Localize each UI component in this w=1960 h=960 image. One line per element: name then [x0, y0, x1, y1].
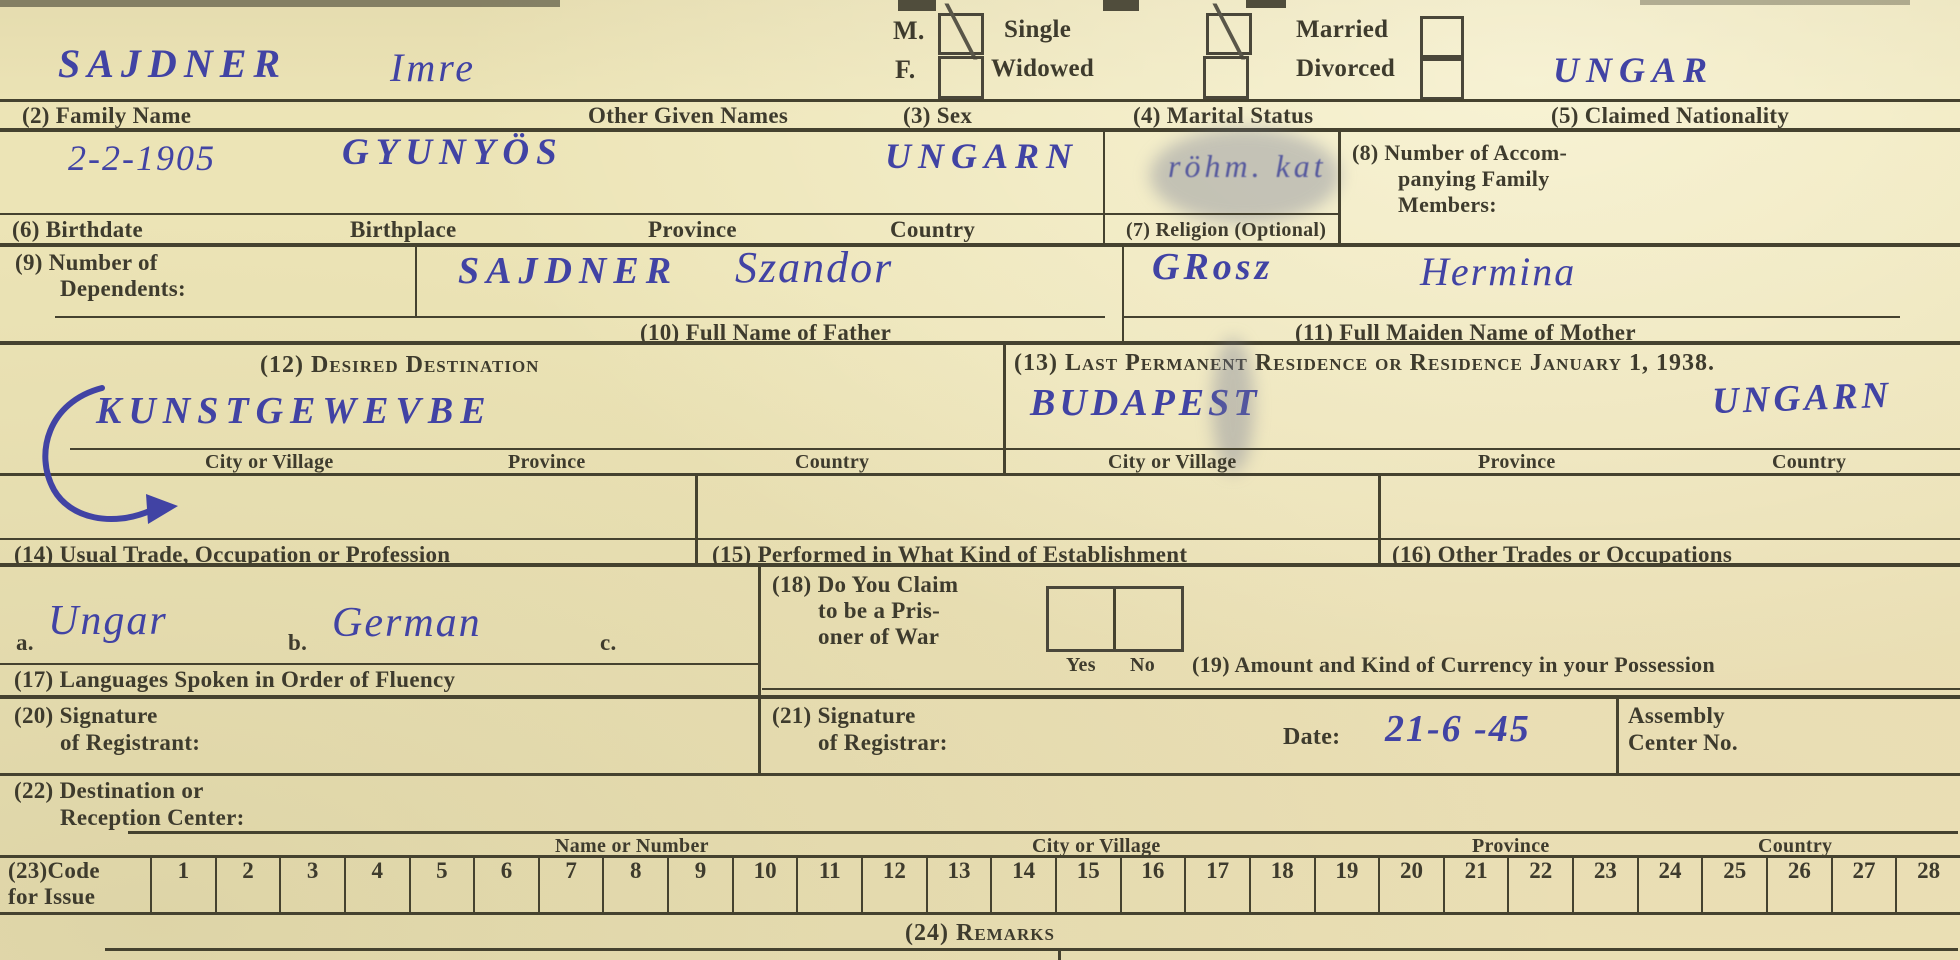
code-cell-number: 26: [1788, 858, 1811, 883]
birthplace-label: Birthplace: [350, 217, 457, 243]
marital-single-label: Single: [1004, 16, 1071, 44]
birth-country-entry: UNGARN: [885, 138, 1079, 174]
code-cell-number: 3: [307, 858, 319, 883]
birthplace-entry: GYUNYÖS: [342, 134, 564, 171]
rule-line: [0, 773, 1960, 776]
code-cell-number: 16: [1141, 858, 1164, 883]
check-mark-icon: ╲: [941, 16, 981, 49]
marital-divorced-checkbox: [1420, 58, 1464, 100]
province-label: Province: [1478, 451, 1556, 474]
code-cell: 25: [1701, 857, 1766, 912]
code-cell-number: 21: [1465, 858, 1488, 883]
code-cell: 18: [1249, 857, 1314, 912]
father-name-entry: SAJDNER: [458, 252, 678, 290]
cell-divider: [1113, 589, 1116, 649]
code-cell-number: 9: [695, 858, 707, 883]
nationality-entry: UNGAR: [1553, 52, 1714, 88]
code-cell: 9: [667, 857, 732, 912]
code-cell: 3: [279, 857, 344, 912]
code-cell: 17: [1184, 857, 1249, 912]
ink-arrow-annotation: [30, 378, 220, 543]
code-cell-number: 28: [1917, 858, 1940, 883]
code-cell-number: 1: [178, 858, 190, 883]
cell-divider: [1003, 345, 1006, 473]
language-a-entry: Ungar: [48, 600, 168, 642]
code-cell: 10: [732, 857, 797, 912]
registrant-signature-label: of Registrant:: [60, 730, 200, 756]
country-label: Country: [1772, 451, 1846, 474]
dependents-label: Dependents:: [60, 276, 186, 302]
marital-widowed-checkbox: [1203, 56, 1249, 99]
claimed-nationality-label: (5) Claimed Nationality: [1551, 103, 1789, 129]
city-or-village-label: City or Village: [1108, 451, 1237, 474]
marital-widowed-label: Widowed: [991, 55, 1094, 83]
rule-line: [0, 99, 1960, 102]
family-name-label: (2) Family Name: [22, 103, 191, 129]
code-cell: 26: [1766, 857, 1831, 912]
family-name-entry: SAJDNER: [58, 44, 287, 84]
code-cell: 8: [602, 857, 667, 912]
code-for-issue-label: (23)Code: [8, 858, 100, 884]
rule-line: [128, 831, 1958, 834]
province-label: Province: [648, 217, 737, 243]
code-cell: 28: [1895, 857, 1960, 912]
language-b-entry: German: [332, 602, 482, 644]
religion-entry: röhm. kat: [1168, 150, 1327, 182]
rule-line: [0, 473, 1960, 476]
code-cell-number: 22: [1529, 858, 1552, 883]
check-mark-icon: ╲: [1209, 16, 1249, 49]
pow-claim-label: oner of War: [818, 624, 939, 650]
language-c-label: c.: [600, 630, 617, 656]
cell-divider: [695, 476, 698, 563]
cell-divider: [415, 247, 417, 316]
cell-divider: [1122, 247, 1124, 341]
cutoff-checkbox-fragment: [1103, 0, 1139, 11]
code-cell: 1: [150, 857, 215, 912]
residence-country-entry: UNGARN: [1711, 377, 1892, 420]
languages-label: (17) Languages Spoken in Order of Fluenc…: [14, 667, 455, 693]
sex-label: (3) Sex: [903, 103, 972, 129]
code-cell-number: 19: [1335, 858, 1358, 883]
pow-yes-no-boxes: [1046, 586, 1184, 652]
marital-married-checkbox: [1420, 16, 1464, 58]
rule-line: [1122, 316, 1900, 318]
code-cell-number: 15: [1077, 858, 1100, 883]
cell-divider: [1378, 476, 1381, 563]
code-cell-number: 25: [1723, 858, 1746, 883]
rule-line: [105, 948, 1958, 951]
scan-artifact: [1640, 0, 1910, 5]
code-cell-number: 14: [1012, 858, 1035, 883]
country-label: Country: [795, 451, 869, 474]
code-cell-number: 7: [565, 858, 577, 883]
rule-line: [0, 912, 1960, 915]
language-a-label: a.: [16, 630, 34, 656]
code-cell: 6: [473, 857, 538, 912]
family-members-label: (8) Number of Accom-: [1352, 140, 1567, 166]
code-cell-number: 24: [1659, 858, 1682, 883]
code-cell-number: 6: [501, 858, 513, 883]
code-cell-number: 13: [948, 858, 971, 883]
code-cell-number: 11: [819, 858, 841, 883]
cell-divider: [758, 567, 761, 695]
code-cell: 20: [1378, 857, 1443, 912]
code-cell-number: 5: [436, 858, 448, 883]
rule-line: [0, 128, 1960, 132]
code-cell: 24: [1637, 857, 1702, 912]
city-or-village-label: City or Village: [205, 451, 334, 474]
pow-no-label: No: [1130, 654, 1155, 677]
family-members-label: Members:: [1398, 192, 1497, 218]
province-label: Province: [508, 451, 586, 474]
code-cell: 16: [1120, 857, 1185, 912]
scan-artifact: [0, 0, 560, 7]
marital-married-label: Married: [1296, 16, 1388, 44]
cutoff-checkbox-fragment: [1246, 0, 1286, 8]
birthdate-label: (6) Birthdate: [12, 217, 143, 243]
mother-name-entry: Hermina: [1420, 252, 1576, 292]
code-cell: 4: [344, 857, 409, 912]
code-cell: 13: [926, 857, 991, 912]
code-cell: 2: [215, 857, 280, 912]
code-cell-number: 20: [1400, 858, 1423, 883]
sex-male-label: M.: [893, 16, 925, 46]
language-b-label: b.: [288, 630, 307, 656]
father-name-entry: Szandor: [735, 246, 893, 290]
marital-divorced-label: Divorced: [1296, 55, 1395, 83]
code-cell-number: 8: [630, 858, 642, 883]
other-given-names-label: Other Given Names: [588, 103, 788, 129]
code-cell: 23: [1572, 857, 1637, 912]
last-residence-header: (13) Last Permanent Residence or Residen…: [1014, 350, 1715, 377]
sex-male-checkbox: ╲: [938, 13, 984, 55]
code-cell-number: 4: [371, 858, 383, 883]
rule-line: [0, 563, 1960, 567]
marital-single-checkbox: ╲: [1206, 13, 1252, 55]
cell-divider: [1103, 131, 1105, 243]
registrar-signature-label: (21) Signature: [772, 703, 916, 729]
registration-form-scan: M. ╲ Single ╲ Married F. Widowed Divorce…: [0, 0, 1960, 960]
pow-claim-label: to be a Pris-: [818, 598, 940, 624]
residence-city-entry: BUDAPEST: [1030, 384, 1260, 422]
code-cell: 27: [1831, 857, 1896, 912]
family-members-label: panying Family: [1398, 166, 1550, 192]
marital-status-label: (4) Marital Status: [1133, 103, 1313, 129]
rule-line: [0, 213, 1338, 215]
cutoff-checkbox-fragment: [898, 0, 936, 11]
assembly-center-label: Assembly: [1628, 703, 1725, 729]
cell-divider: [758, 699, 761, 773]
rule-line: [0, 341, 1960, 345]
code-cell-number: 2: [242, 858, 254, 883]
code-cell: 21: [1443, 857, 1508, 912]
date-entry: 21-6 -45: [1385, 710, 1531, 748]
code-cell-number: 23: [1594, 858, 1617, 883]
desired-destination-header: (12) Desired Destination: [260, 352, 539, 379]
rule-line: [55, 316, 1105, 318]
code-cell-number: 27: [1852, 858, 1875, 883]
sex-female-label: F.: [895, 55, 916, 85]
code-cell: 19: [1314, 857, 1379, 912]
remarks-label: (24) Remarks: [905, 920, 1055, 947]
date-label: Date:: [1283, 724, 1340, 751]
code-cell: 22: [1507, 857, 1572, 912]
rule-line: [70, 448, 1960, 450]
rule-line: [762, 688, 1960, 690]
code-cells-row: 1 2 3 4 5 6 7 8 9 10 11 12 13 14 15 16 1…: [150, 857, 1960, 912]
code-cell: 12: [861, 857, 926, 912]
mother-name-entry: GRosz: [1152, 248, 1273, 286]
dependents-label: (9) Number of: [15, 250, 158, 276]
cell-divider: [1058, 951, 1061, 960]
given-name-entry: Imre: [390, 48, 476, 88]
code-cell: 15: [1055, 857, 1120, 912]
sex-female-checkbox: [938, 56, 984, 99]
code-cell: 14: [990, 857, 1055, 912]
code-cell-number: 18: [1271, 858, 1294, 883]
religion-label: (7) Religion (Optional): [1126, 219, 1326, 242]
registrant-signature-label: (20) Signature: [14, 703, 158, 729]
cell-divider: [1338, 131, 1341, 243]
birthdate-entry: 2-2-1905: [68, 140, 216, 176]
country-label: Country: [890, 217, 975, 243]
registrar-signature-label: of Registrar:: [818, 730, 948, 756]
code-cell-number: 10: [754, 858, 777, 883]
rule-line: [0, 243, 1960, 247]
pow-yes-label: Yes: [1066, 654, 1096, 677]
currency-label: (19) Amount and Kind of Currency in your…: [1192, 652, 1715, 678]
pow-claim-label: (18) Do You Claim: [772, 572, 958, 598]
rule-line: [0, 695, 1960, 699]
cell-divider: [1616, 699, 1619, 773]
code-cell: 5: [409, 857, 474, 912]
rule-line: [0, 538, 1960, 540]
code-for-issue-label: for Issue: [8, 884, 95, 910]
reception-center-label: (22) Destination or: [14, 778, 204, 804]
code-cell-number: 17: [1206, 858, 1229, 883]
code-cell-number: 12: [883, 858, 906, 883]
rule-line: [0, 663, 758, 665]
reception-center-label: Reception Center:: [60, 805, 245, 831]
code-cell: 11: [796, 857, 861, 912]
assembly-center-label: Center No.: [1628, 730, 1738, 756]
code-cell: 7: [538, 857, 603, 912]
